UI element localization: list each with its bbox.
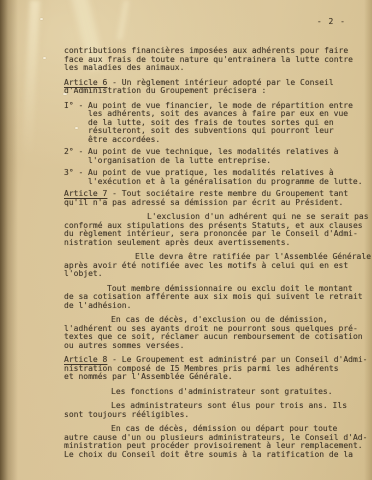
list-item-3: 3° - Au point de vue pratique, les modal…	[64, 169, 372, 186]
article-8: Article 8 - Le Groupement est administré…	[64, 356, 372, 382]
paragraph-administrateurs-elus: Les administrateurs sont élus pour trois…	[64, 402, 372, 419]
article-7-text: - Tout sociétaire reste membre du Groupe…	[64, 189, 348, 207]
paper-crease	[22, 0, 40, 155]
paper-damage-speck	[40, 18, 43, 20]
paragraph-fonctions-gratuites: Les fonctions d'administrateur sont grat…	[64, 388, 372, 397]
paragraph-cotisation: Tout membre démissionnaire ou exclu doit…	[64, 285, 372, 311]
page-number: - 2 -	[317, 18, 346, 27]
paragraph-exclusion: L'exclusion d'un adhérent qui ne se sera…	[64, 213, 372, 247]
list-item-2-marker: 2° -	[64, 148, 88, 157]
scanned-document-page: - 2 - contributions financières imposées…	[0, 0, 372, 480]
scan-edge-shadow	[0, 0, 18, 480]
paper-crease	[117, 0, 130, 40]
list-item-1-marker: I° -	[64, 102, 88, 111]
list-item-2-text: Au point de vue technique, les modalités…	[88, 147, 338, 165]
article-7: Article 7 - Tout sociétaire reste membre…	[64, 190, 372, 207]
paragraph-remplacement: En cas de décès, démission ou départ pou…	[64, 425, 372, 459]
list-item-2: 2° - Au point de vue technique, les moda…	[64, 148, 372, 165]
document-body: contributions financières imposées aux a…	[64, 47, 372, 465]
paragraph-contributions: contributions financières imposées aux a…	[64, 47, 372, 73]
article-8-text: - Le Groupement est administré par un Co…	[64, 355, 367, 381]
paper-damage-speck	[43, 57, 46, 59]
list-item-1: I° - Au point de vue financier, le mode …	[64, 102, 372, 145]
list-item-3-marker: 3° -	[64, 169, 88, 178]
article-6: Article 6 - Un règlement intérieur adopt…	[64, 79, 372, 96]
list-item-3-text: Au point de vue pratique, les modalités …	[88, 168, 363, 186]
list-item-1-text: Au point de vue financier, le mode de ré…	[88, 101, 353, 144]
paragraph-deces-remboursement: En cas de décès, d'exclusion ou de démis…	[64, 316, 372, 350]
paragraph-ratification: Elle devra être ratifiée par l'Assemblée…	[64, 253, 372, 279]
